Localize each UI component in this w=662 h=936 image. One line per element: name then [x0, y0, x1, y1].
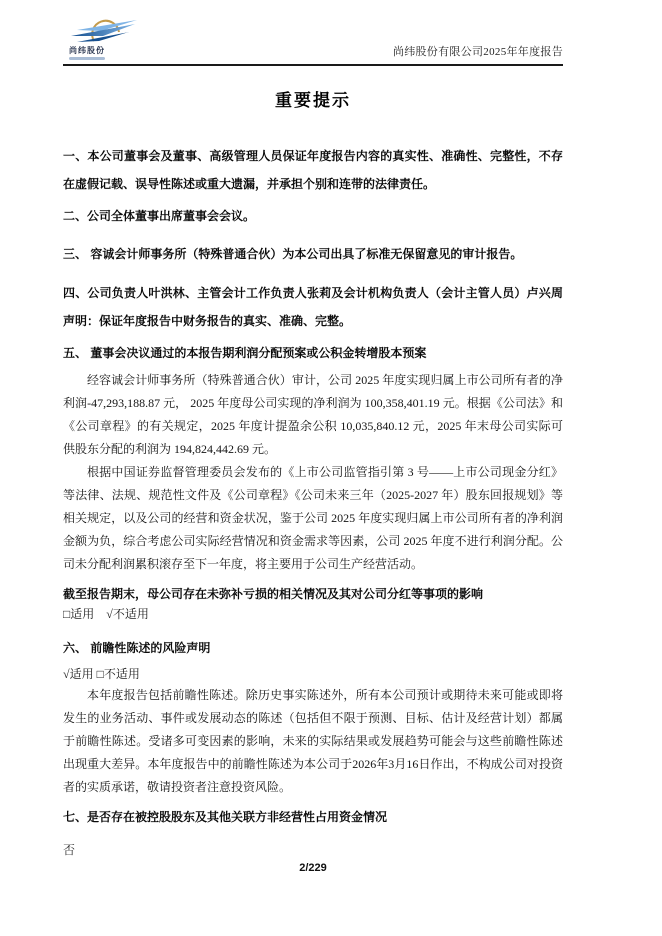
- page-number: 2/229: [63, 862, 563, 874]
- item-5-paragraph-2: 根据中国证券监督管理委员会发布的《上市公司监管指引第 3 号——上市公司现金分红…: [63, 461, 563, 576]
- page-title: 重要提示: [63, 88, 563, 114]
- logo-tagline: [69, 57, 105, 60]
- item-4: 四、公司负责人叶洪林、主管会计工作负责人张莉及会计机构负责人（会计主管人员）卢兴…: [63, 279, 563, 335]
- item-5-paragraph-1: 经容诚会计师事务所（特殊普通合伙）审计，公司 2025 年度实现归属上市公司所有…: [63, 369, 563, 461]
- item-1: 一、本公司董事会及董事、高级管理人员保证年度报告内容的真实性、准确性、完整性，不…: [63, 142, 563, 198]
- item-7-answer: 否: [63, 839, 563, 862]
- logo-swoosh-icon: [69, 10, 141, 46]
- item-5-subheading: 截至报告期末，母公司存在未弥补亏损的相关情况及其对公司分红等事项的影响: [63, 584, 563, 604]
- item-6-heading: 六、 前瞻性陈述的风险声明: [63, 634, 563, 662]
- logo-text: 尚纬股份: [69, 47, 147, 55]
- item-5-applicability-row: □适用 √不适用: [63, 604, 563, 624]
- report-page: 尚纬股份 尚纬股份有限公司2025年年度报告 重要提示 一、本公司董事会及董事、…: [0, 0, 662, 936]
- item-3: 三、 容诚会计师事务所（特殊普通合伙）为本公司出具了标准无保留意见的审计报告。: [63, 240, 563, 268]
- item-6-applicability-row: √适用 □不适用: [63, 664, 563, 684]
- item-5-heading: 五、 董事会决议通过的本报告期利润分配预案或公积金转增股本预案: [63, 339, 563, 367]
- item-2: 二、公司全体董事出席董事会会议。: [63, 202, 563, 230]
- company-logo: 尚纬股份: [69, 10, 147, 60]
- item-6-paragraph: 本年度报告包括前瞻性陈述。除历史事实陈述外，所有本公司预计或期待未来可能或即将发…: [63, 684, 563, 799]
- header-report-title: 尚纬股份有限公司2025年年度报告: [393, 43, 563, 59]
- page-header: 尚纬股份 尚纬股份有限公司2025年年度报告: [63, 0, 563, 66]
- item-7-heading: 七、是否存在被控股股东及其他关联方非经营性占用资金情况: [63, 803, 563, 831]
- page-content: 尚纬股份 尚纬股份有限公司2025年年度报告 重要提示 一、本公司董事会及董事、…: [63, 0, 563, 862]
